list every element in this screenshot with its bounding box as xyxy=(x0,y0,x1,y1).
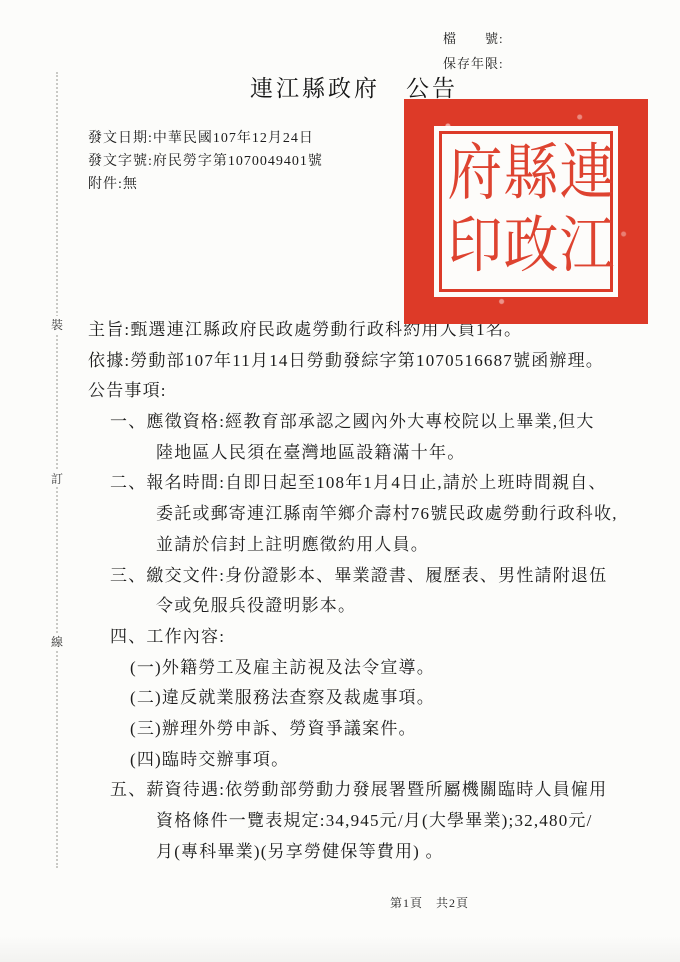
file-number-label: 檔 號: xyxy=(443,26,504,51)
official-seal-inner-frame: 連江 縣政 府印 xyxy=(439,131,613,292)
meta-line: 附件:無 xyxy=(88,173,323,196)
binding-mark-zhuang: 裝 xyxy=(49,316,65,333)
body-line: 陸地區人民須在臺灣地區設籍滿十年。 xyxy=(88,438,618,469)
body-line: (一)外籍勞工及雇主訪視及法令宣導。 xyxy=(88,653,618,684)
body-line: 五、薪資待遇:依勞動部勞動力發展署暨所屬機關臨時人員僱用 xyxy=(88,775,618,806)
meta-line: 發文字號:府民勞字第1070049401號 xyxy=(88,150,323,173)
body-line: 公告事項: xyxy=(88,376,618,407)
body-line: (三)辦理外勞申訴、勞資爭議案件。 xyxy=(88,714,618,745)
body-line: 三、繳交文件:身份證影本、畢業證書、履歷表、男性請附退伍 xyxy=(88,561,618,592)
body-line: (四)臨時交辦事項。 xyxy=(88,745,618,776)
body-line: (二)違反就業服務法查察及裁處事項。 xyxy=(88,683,618,714)
seal-column-3: 府印 xyxy=(443,139,498,285)
seal-column-2: 縣政 xyxy=(499,139,554,285)
body-line: 資格條件一覽表規定:34,945元/月(大學畢業);32,480元/ xyxy=(88,806,618,837)
announcement-body: 主旨:甄選連江縣政府民政處勞動行政科約用人員1名。 依據:勞動部107年11月1… xyxy=(88,315,618,867)
page-number: 第1頁 共2頁 xyxy=(390,894,469,911)
scan-shadow xyxy=(0,936,680,962)
body-line: 二、報名時間:自即日起至108年1月4日止,請於上班時間親自、 xyxy=(88,468,618,499)
body-line: 依據:勞動部107年11月14日勞動發綜字第1070516687號函辦理。 xyxy=(88,346,618,377)
archive-block: 檔 號: 保存年限: xyxy=(443,26,504,76)
body-line: 月(專科畢業)(另享勞健保等費用) 。 xyxy=(88,837,618,868)
body-line: 四、工作內容: xyxy=(88,622,618,653)
body-line: 一、應徵資格:經教育部承認之國內外大專校院以上畢業,但大 xyxy=(88,407,618,438)
seal-column-1: 連江 xyxy=(555,139,610,285)
body-line: 並請於信封上註明應徵約用人員。 xyxy=(88,530,618,561)
body-line: 令或免服兵役證明影本。 xyxy=(88,591,618,622)
binding-mark-xian: 線 xyxy=(49,633,65,650)
announcement-page: 檔 號: 保存年限: 連江縣政府 公告 發文日期:中華民國107年12月24日 … xyxy=(0,0,680,962)
meta-line: 發文日期:中華民國107年12月24日 xyxy=(88,127,323,150)
meta-block: 發文日期:中華民國107年12月24日 發文字號:府民勞字第1070049401… xyxy=(88,127,323,196)
binding-mark-ding: 訂 xyxy=(49,470,65,487)
official-seal: 連江 縣政 府印 xyxy=(404,99,648,324)
body-line: 委託或郵寄連江縣南竿鄉介壽村76號民政處勞動行政科收, xyxy=(88,499,618,530)
